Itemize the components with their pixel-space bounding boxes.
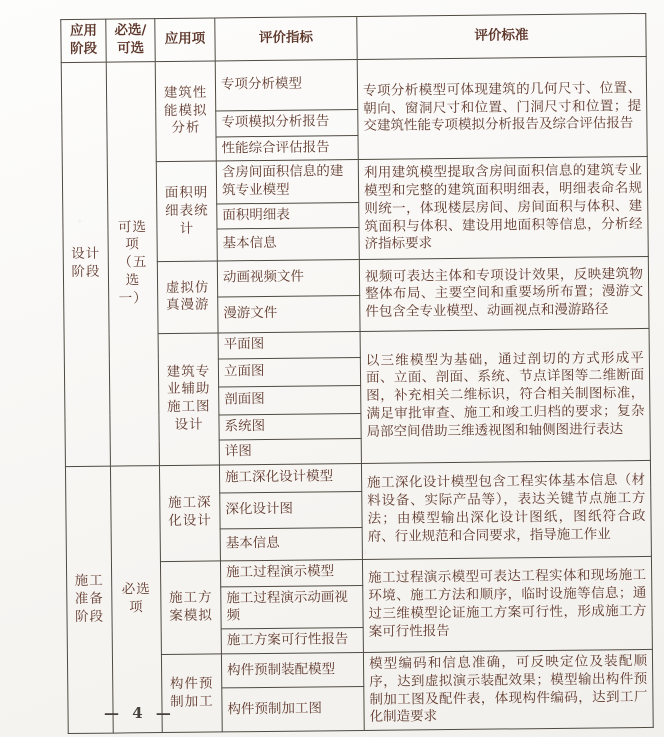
table-row: 施工 准备 阶段 必选 项 施工深化设计 施工深化设计模型 施工深化设计模型包含… — [65, 460, 650, 494]
standard-cell: 模型编码和信息准确，可反映定位及装配顺序，达到虚拟演示装配效果；模型输出构件预制… — [363, 649, 653, 730]
standard-cell: 视频可表达主体和专项设计效果，反映建筑物整体布局、主要空间和重要场所布置；漫游文… — [359, 256, 649, 331]
indicator-cell: 动画视频文件 — [217, 259, 359, 296]
indicator-cell: 构件预制加工图 — [222, 687, 364, 732]
evaluation-table: 应用 阶段 必选/ 可选 应用项 评价指标 评价标准 设计 阶段 可选 项 （五… — [60, 13, 653, 734]
indicator-cell: 详图 — [219, 438, 361, 464]
standard-cell: 专项分析模型可体现建筑的几何尺寸、位置、朝向、窗洞尺寸和位置、门洞尺寸和位置；提… — [357, 56, 647, 160]
app-item-cell: 虚拟仿真漫游 — [157, 261, 218, 334]
col-header-indicator: 评价指标 — [215, 16, 357, 60]
col-header-requirement: 必选/ 可选 — [106, 19, 155, 62]
header-row: 应用 阶段 必选/ 可选 应用项 评价指标 评价标准 — [61, 13, 646, 62]
indicator-cell: 性能综合评估报告 — [216, 135, 358, 161]
document-page: 应用 阶段 必选/ 可选 应用项 评价指标 评价标准 设计 阶段 可选 项 （五… — [0, 0, 664, 737]
indicator-cell: 施工深化设计模型 — [219, 463, 361, 492]
col-header-standard: 评价标准 — [357, 13, 646, 59]
standard-cell: 施工深化设计模型包含工程实体基本信息（材料设备、实际产品等），表达关键节点施工方… — [361, 460, 651, 559]
indicator-cell: 面积明细表 — [217, 203, 359, 229]
app-item-cell: 建筑性能模拟分析 — [155, 61, 216, 162]
requirement-cell: 必选 项 — [110, 465, 162, 733]
app-item-cell: 建筑专业辅助施工图设计 — [158, 333, 219, 465]
indicator-cell: 施工过程演示动画视频 — [221, 585, 363, 629]
indicator-cell: 深化设计图 — [220, 491, 362, 528]
indicator-cell: 专项模拟分析报告 — [216, 109, 358, 136]
evaluation-table-wrap: 应用 阶段 必选/ 可选 应用项 评价指标 评价标准 设计 阶段 可选 项 （五… — [60, 13, 653, 734]
app-item-cell: 施工深化设计 — [159, 464, 220, 561]
indicator-cell: 系统图 — [219, 413, 361, 439]
indicator-cell: 专项分析模型 — [215, 59, 358, 110]
table-row: 设计 阶段 可选 项 （五 选 一） 建筑性能模拟分析 专项分析模型 专项分析模… — [61, 56, 646, 112]
col-header-app-item: 应用项 — [155, 18, 215, 61]
requirement-cell: 可选 项 （五 选 一） — [106, 61, 159, 465]
indicator-cell: 平面图 — [218, 331, 360, 358]
stage-cell: 设计 阶段 — [61, 62, 110, 466]
standard-cell: 以三维模型为基础，通过剖切的方式形成平面、立面、剖面、系统、节点详图等二维断面图… — [360, 328, 650, 463]
standard-cell: 施工过程演示模型可表达工程实体和现场施工环境、施工方法和顺序，临时设施等信息；通… — [362, 556, 652, 652]
app-item-cell: 面积明细表统计 — [156, 161, 217, 261]
indicator-cell: 基本信息 — [217, 227, 359, 260]
indicator-cell: 剖面图 — [219, 385, 361, 414]
indicator-cell: 基本信息 — [220, 527, 362, 560]
stage-cell: 施工 准备 阶段 — [65, 466, 113, 734]
indicator-cell: 施工过程演示模型 — [220, 559, 362, 586]
page-number: — 4 — — [104, 704, 175, 722]
col-header-stage: 应用 阶段 — [61, 19, 106, 62]
indicator-cell: 漫游文件 — [218, 295, 360, 332]
indicator-cell: 含房间面积信息的建筑专业模型 — [216, 160, 358, 204]
standard-cell: 利用建筑模型提取含房间面积信息的建筑专业模型和完整的建筑面积明细表，明细表命名规… — [358, 157, 648, 259]
indicator-cell: 立面图 — [218, 357, 360, 386]
indicator-cell: 施工方案可行性报告 — [221, 628, 363, 654]
app-item-cell: 施工方案模拟 — [160, 560, 221, 654]
indicator-cell: 构件预制装配模型 — [221, 652, 363, 688]
